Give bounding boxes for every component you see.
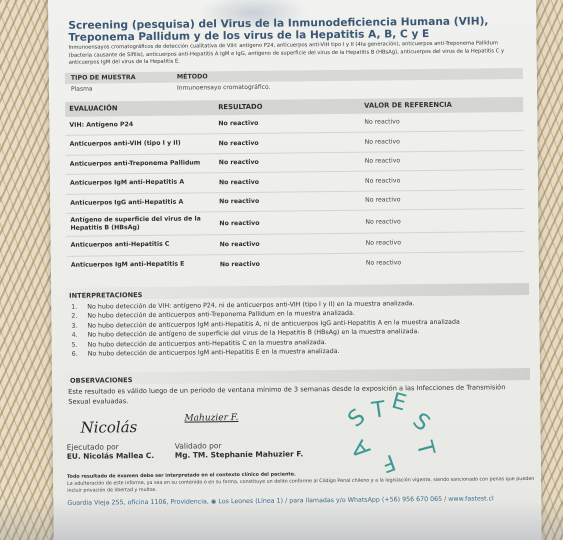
test-result: No reactivo <box>218 119 364 128</box>
stamp-letter: A <box>347 435 376 463</box>
test-name: Anticuerpos anti-VIH (tipo I y II) <box>66 139 219 149</box>
lab-report-document: 15:22:09 Screening (pesquisa) del Virus … <box>48 0 542 540</box>
report-title: Screening (pesquisa) del Virus de la Inm… <box>58 15 522 44</box>
test-name: Anticuerpos IgG anti-Hepatitis A <box>66 198 219 208</box>
interpretations-list: 1.No hubo detección de VIH: antígeno P24… <box>69 298 526 359</box>
stamp-letter: S <box>344 404 371 432</box>
test-result: No reactivo <box>219 218 365 227</box>
table-row: Anticuerpos IgM anti-Hepatitis E No reac… <box>67 252 525 276</box>
fastest-stamp: T E S T F A S <box>348 392 438 482</box>
observations-heading: OBSERVACIONES <box>66 368 530 385</box>
test-name: Anticuerpos anti-Hepatitis C <box>67 240 220 250</box>
test-name: Anticuerpos IgM anti-Hepatitis E <box>67 260 220 270</box>
footer-metro: Los Leones (Línea 1) <box>218 498 283 506</box>
stamp-letter: T <box>411 439 439 458</box>
test-result: No reactivo <box>219 177 365 186</box>
test-result: No reactivo <box>219 197 365 206</box>
test-name: Anticuerpos anti-Treponema Pallidum <box>66 159 219 169</box>
item-number: 6. <box>70 350 88 360</box>
item-number: 5. <box>70 340 88 350</box>
test-name: VIH: Antígeno P24 <box>65 120 218 130</box>
test-result: No reactivo <box>219 138 365 147</box>
item-number: 4. <box>70 331 88 341</box>
stamp-letter: E <box>389 389 409 417</box>
footer-contact: Guardia Vieja 255, oficina 1106, Provide… <box>67 495 527 507</box>
evaluation-table: EVALUACIÓN RESULTADO VALOR DE REFERENCIA… <box>65 97 525 276</box>
signature-scribble: Mahuzier F. <box>174 411 303 442</box>
test-result: No reactivo <box>220 239 366 248</box>
sample-table: TIPO DE MUESTRA MÉTODO Plasma Inmunoensa… <box>65 68 523 96</box>
test-result: No reactivo <box>220 259 366 268</box>
stamp-letter: T <box>370 397 387 424</box>
item-number: 2. <box>69 312 87 322</box>
test-reference: No reactivo <box>365 195 524 204</box>
test-reference: No reactivo <box>365 176 524 185</box>
observations-text: Este resultado es válido luego de un per… <box>68 383 528 407</box>
header-result: RESULTADO <box>218 102 364 112</box>
signatures-area: Nicolás Ejecutado por EU. Nicolás Mallea… <box>62 408 527 475</box>
test-reference: No reactivo <box>365 137 524 146</box>
test-name: Anticuerpos IgM anti-Hepatitis A <box>66 178 219 188</box>
item-number: 3. <box>69 321 87 331</box>
report-subtitle: Inmunoensayos cromatográficos de detecci… <box>59 40 523 67</box>
metro-icon: ◉ <box>211 498 217 505</box>
signature-validated: Mahuzier F. Validado por Mg. TM. Stephan… <box>174 411 303 460</box>
stamp-letter: F <box>378 449 398 477</box>
signature-name: Mg. TM. Stephanie Mahuzier F. <box>175 450 303 460</box>
item-number: 1. <box>69 303 87 313</box>
signature-name: EU. Nicolás Mallea C. <box>67 451 154 461</box>
header-reference: VALOR DE REFERENCIA <box>364 100 523 110</box>
footer-website-link[interactable]: / para llamadas y/o WhatsApp (+56) 956 6… <box>285 496 494 505</box>
method-value: Inmunoensayo cromatográfico. <box>177 81 523 92</box>
test-reference: No reactivo <box>366 238 525 247</box>
item-text: No hubo detección de anticuerpos IgM ant… <box>88 347 340 359</box>
interpretations-heading: INTERPRETACIONES <box>65 283 529 300</box>
test-reference: No reactivo <box>365 156 524 165</box>
signature-scribble: Nicolás <box>66 412 154 443</box>
test-reference: No reactivo <box>365 217 524 226</box>
test-result: No reactivo <box>219 158 365 167</box>
test-reference: No reactivo <box>366 258 525 267</box>
sample-type-value: Plasma <box>65 85 177 93</box>
header-evaluation: EVALUACIÓN <box>65 103 218 113</box>
header-sample-type: TIPO DE MUESTRA <box>65 73 177 81</box>
stamp-letter: S <box>408 408 435 436</box>
signature-executed: Nicolás Ejecutado por EU. Nicolás Mallea… <box>66 412 154 461</box>
test-reference: No reactivo <box>364 117 523 126</box>
footer-address: Guardia Vieja 255, oficina 1106, Provide… <box>67 499 209 507</box>
test-name: Antígeno de superficie del virus de la H… <box>66 215 219 233</box>
